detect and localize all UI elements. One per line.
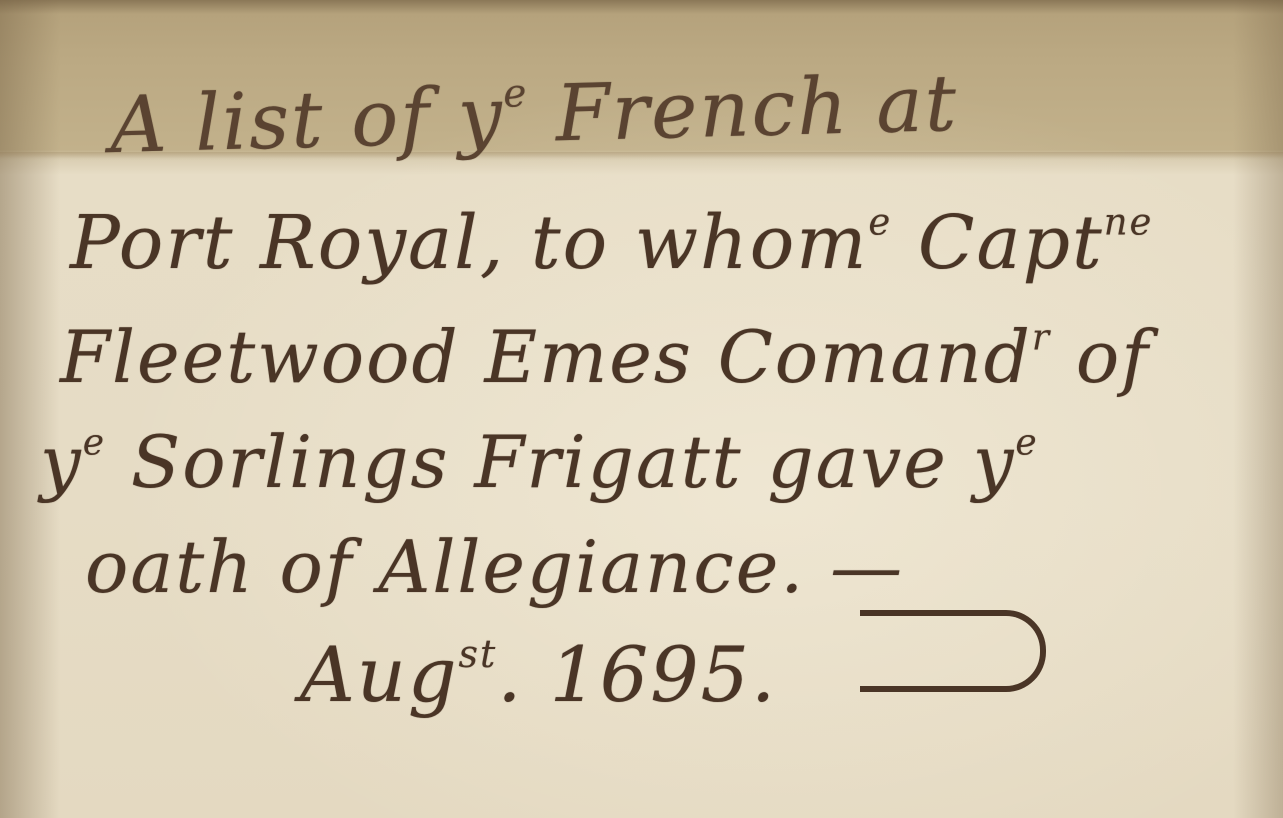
manuscript-line-5: oath of Allegiance. — [85,525,904,609]
manuscript-line-4: ye Sorlings Frigatt gave ye [40,420,1039,504]
top-edge-shadow [0,0,1283,14]
manuscript-line-2: Port Royal, to whome Captne [70,200,1153,286]
date-flourish [860,610,1046,692]
manuscript-page: A list of ye French at Port Royal, to wh… [0,0,1283,818]
right-edge-shadow [1233,0,1283,818]
manuscript-date-line: Augst. 1695. [300,630,777,719]
left-edge-shadow [0,0,60,818]
manuscript-line-3: Fleetwood Emes Comandr of [60,315,1150,399]
